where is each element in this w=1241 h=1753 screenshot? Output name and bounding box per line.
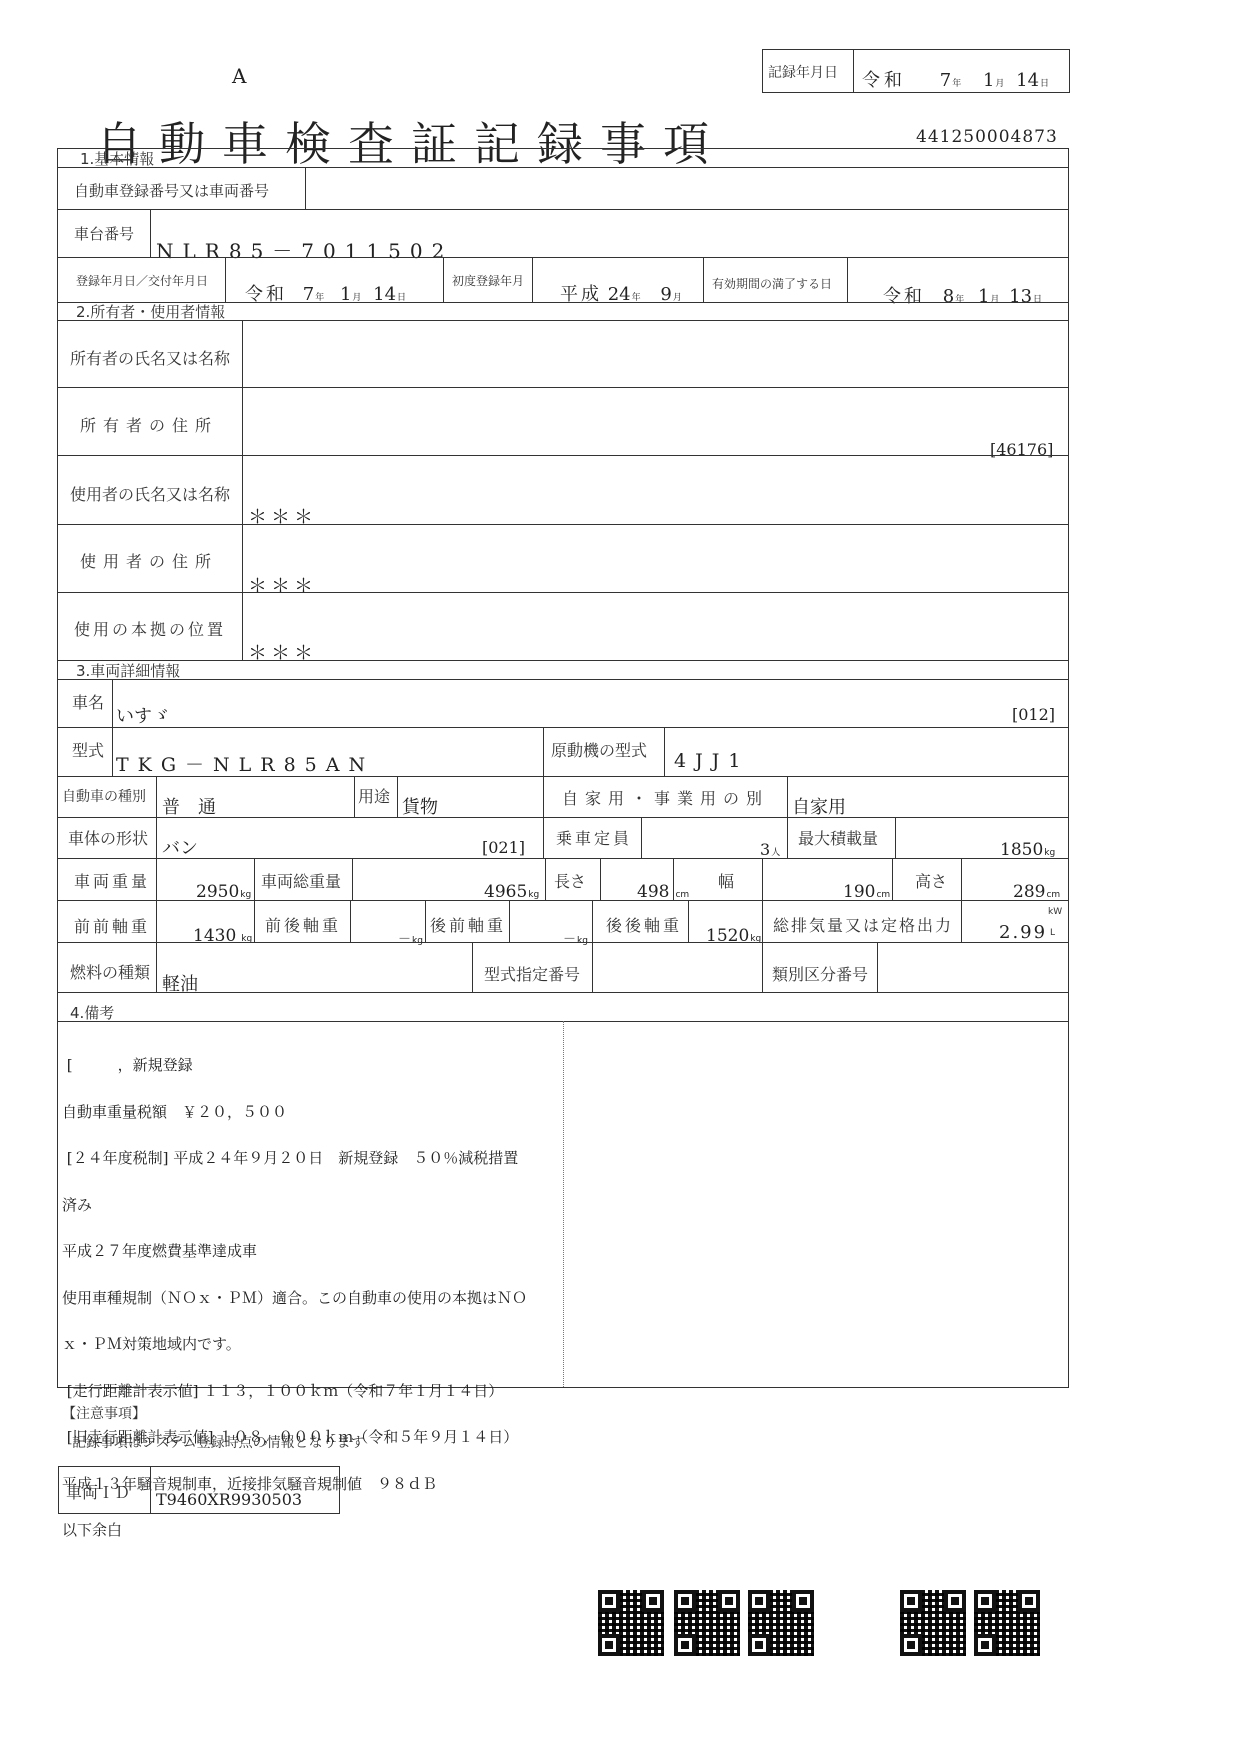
rf-axle-label: 後前軸重 bbox=[430, 913, 506, 936]
category-label: 類別区分番号 bbox=[772, 962, 868, 985]
type-designation-label: 型式指定番号 bbox=[484, 962, 580, 985]
base-location-label: 使用の本拠の位置 bbox=[74, 617, 226, 640]
owner-address-label: 所有者の住所 bbox=[80, 413, 218, 436]
ff-axle-label: 前前軸重 bbox=[74, 914, 150, 937]
capacity-label: 乗車定員 bbox=[556, 826, 632, 849]
car-name-value: いすゞ bbox=[116, 702, 170, 728]
qr-code-icon bbox=[674, 1590, 740, 1656]
model-label: 型式 bbox=[72, 738, 104, 761]
purpose-label: 用途 bbox=[358, 784, 390, 807]
qr-code-icon bbox=[748, 1590, 814, 1656]
gross-weight-value: 4965kg bbox=[484, 882, 539, 902]
qr-code-icon bbox=[900, 1590, 966, 1656]
height-label: 高さ bbox=[915, 869, 947, 892]
body-shape-label: 車体の形状 bbox=[68, 826, 148, 849]
user-name-label: 使用者の氏名又は名称 bbox=[70, 482, 230, 505]
registration-number-label: 自動車登録番号又は車両番号 bbox=[74, 180, 269, 201]
document-number: 441250004873 bbox=[916, 127, 1058, 147]
width-value: 190cm bbox=[843, 882, 890, 902]
length-label: 長さ bbox=[554, 869, 586, 892]
displacement-value: 2.99 bbox=[999, 922, 1047, 943]
section-1-heading: 1.基本情報 bbox=[80, 148, 154, 169]
owner-name-label: 所有者の氏名又は名称 bbox=[70, 346, 230, 369]
record-date-value: 令和 7年 1月 14日 bbox=[862, 66, 1049, 92]
rr-axle-value: 1520kg bbox=[706, 926, 761, 946]
section-2-heading: 2.所有者・使用者情報 bbox=[76, 301, 225, 322]
max-load-value: 1850kg bbox=[1000, 840, 1055, 860]
record-date-label: 記録年月日 bbox=[768, 62, 838, 82]
engine-model-value: 4JJ1 bbox=[674, 750, 749, 772]
notice-heading: 【注意事項】 bbox=[62, 1403, 146, 1423]
car-name-code: [012] bbox=[1012, 705, 1055, 724]
purpose-value: 貨物 bbox=[402, 793, 438, 819]
user-address-label: 使用者の住所 bbox=[80, 549, 218, 572]
chassis-number-value: NLR85－7011502 bbox=[156, 235, 453, 264]
qr-code-icon bbox=[598, 1590, 664, 1656]
width-label: 幅 bbox=[718, 869, 734, 892]
fr-axle-label: 前後軸重 bbox=[265, 913, 341, 936]
rr-axle-label: 後後軸重 bbox=[606, 913, 682, 936]
fr-axle-value: －kg bbox=[398, 928, 423, 947]
capacity-value: 3人 bbox=[760, 840, 780, 859]
document-mark: A bbox=[232, 64, 246, 88]
body-shape-code: [021] bbox=[482, 838, 525, 857]
max-load-label: 最大積載量 bbox=[798, 826, 878, 849]
qr-code-icon bbox=[974, 1590, 1040, 1656]
first-registration-label: 初度登録年月 bbox=[452, 272, 524, 289]
registration-date-label: 登録年月日／交付年月日 bbox=[76, 272, 208, 289]
private-business-value: 自家用 bbox=[792, 793, 846, 819]
height-value: 289cm bbox=[1013, 882, 1060, 902]
section-3-heading: 3.車両詳細情報 bbox=[76, 660, 180, 681]
owner-address-code: [46176] bbox=[990, 440, 1053, 459]
user-address-value: ＊＊＊ bbox=[248, 571, 317, 598]
kw-unit: kW bbox=[1048, 907, 1062, 917]
private-business-label: 自家用・事業用の別 bbox=[562, 786, 769, 809]
section-4-heading: 4.備考 bbox=[70, 1002, 114, 1023]
model-value: TKG－NLR85AN bbox=[116, 750, 374, 777]
length-value: 498cm bbox=[637, 882, 689, 902]
expiry-date-value: 令和 8年 1月 13日 bbox=[883, 282, 1042, 308]
vehicle-type-label: 自動車の種別 bbox=[62, 786, 146, 806]
notice-text: 記録事項はシステム登録時点の情報となります bbox=[72, 1432, 365, 1452]
fuel-label: 燃料の種類 bbox=[70, 960, 150, 983]
vehicle-id-value: T9460XR9930503 bbox=[156, 1490, 302, 1509]
ff-axle-value: 1430kg bbox=[193, 926, 252, 946]
car-name-label: 車名 bbox=[72, 690, 104, 713]
chassis-number-label: 車台番号 bbox=[74, 223, 134, 244]
body-shape-value: バン bbox=[162, 834, 198, 860]
liter-unit: L bbox=[1050, 928, 1055, 938]
vehicle-weight-label: 車両重量 bbox=[74, 869, 150, 892]
engine-model-label: 原動機の型式 bbox=[551, 738, 647, 761]
vehicle-id-label: 車両ＩＤ bbox=[66, 1480, 130, 1503]
vehicle-type-value: 普 通 bbox=[162, 793, 216, 819]
expiry-date-label: 有効期間の満了する日 bbox=[712, 275, 832, 292]
rf-axle-value: －kg bbox=[563, 928, 588, 947]
vehicle-weight-value: 2950kg bbox=[196, 882, 251, 902]
displacement-label: 総排気量又は定格出力 bbox=[773, 913, 953, 936]
gross-weight-label: 車両総重量 bbox=[261, 869, 341, 892]
